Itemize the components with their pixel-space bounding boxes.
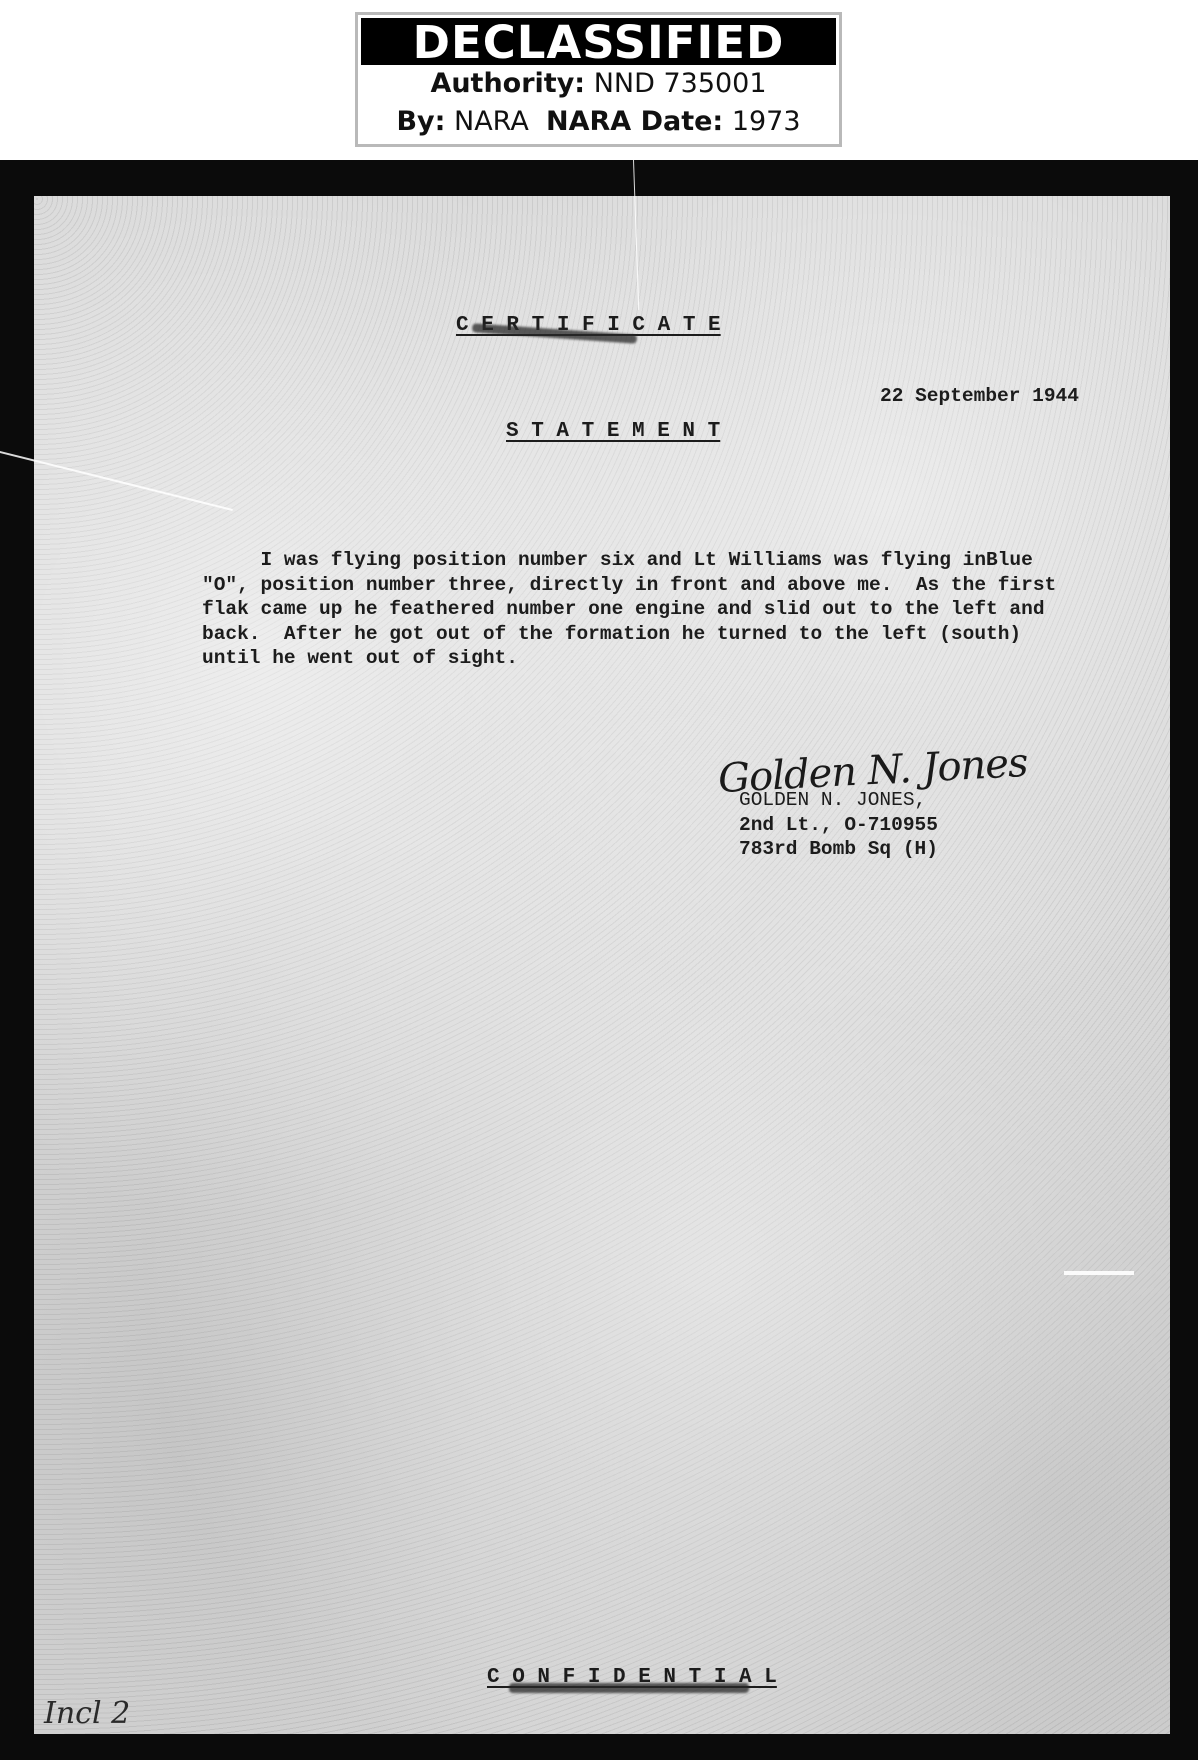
stamp-authority: Authority: NND 735001 xyxy=(358,65,839,103)
document-heading: S T A T E M E N T xyxy=(506,420,720,443)
stamp-by-date: By: NARA NARA Date: 1973 xyxy=(358,103,839,141)
authority-label: Authority: xyxy=(430,68,585,99)
scanned-document-frame: C E R T I F I C A T E 22 September 1944 … xyxy=(0,160,1198,1760)
declassified-stamp: DECLASSIFIED Authority: NND 735001 By: N… xyxy=(355,12,842,147)
body-line: flak came up he feathered number one eng… xyxy=(202,597,1045,622)
document-date: 22 September 1944 xyxy=(880,384,1079,409)
scan-scratch xyxy=(1064,1271,1134,1275)
body-line: until he went out of sight. xyxy=(202,646,518,671)
signatory-unit: 783rd Bomb Sq (H) xyxy=(739,837,938,862)
date-label: NARA Date: xyxy=(546,106,723,137)
signatory-name: GOLDEN N. JONES, xyxy=(739,788,926,813)
stamp-title: DECLASSIFIED xyxy=(361,18,836,65)
body-line: back. After he got out of the formation … xyxy=(202,622,1021,647)
body-line: "O", position number three, directly in … xyxy=(202,573,1056,598)
body-line: I was flying position number six and Lt … xyxy=(202,548,1033,573)
authority-value: NND 735001 xyxy=(594,68,767,99)
handwritten-inclosure-note: Incl 2 xyxy=(44,1696,130,1731)
strikethrough-mark xyxy=(509,1683,749,1693)
by-value: NARA xyxy=(454,106,529,137)
signatory-rank-serial: 2nd Lt., O-710955 xyxy=(739,813,938,838)
scan-scratch xyxy=(0,451,233,511)
date-value: 1973 xyxy=(732,106,801,137)
document-page: C E R T I F I C A T E 22 September 1944 … xyxy=(34,196,1170,1734)
by-label: By: xyxy=(396,106,445,137)
scan-scratch xyxy=(633,160,639,310)
